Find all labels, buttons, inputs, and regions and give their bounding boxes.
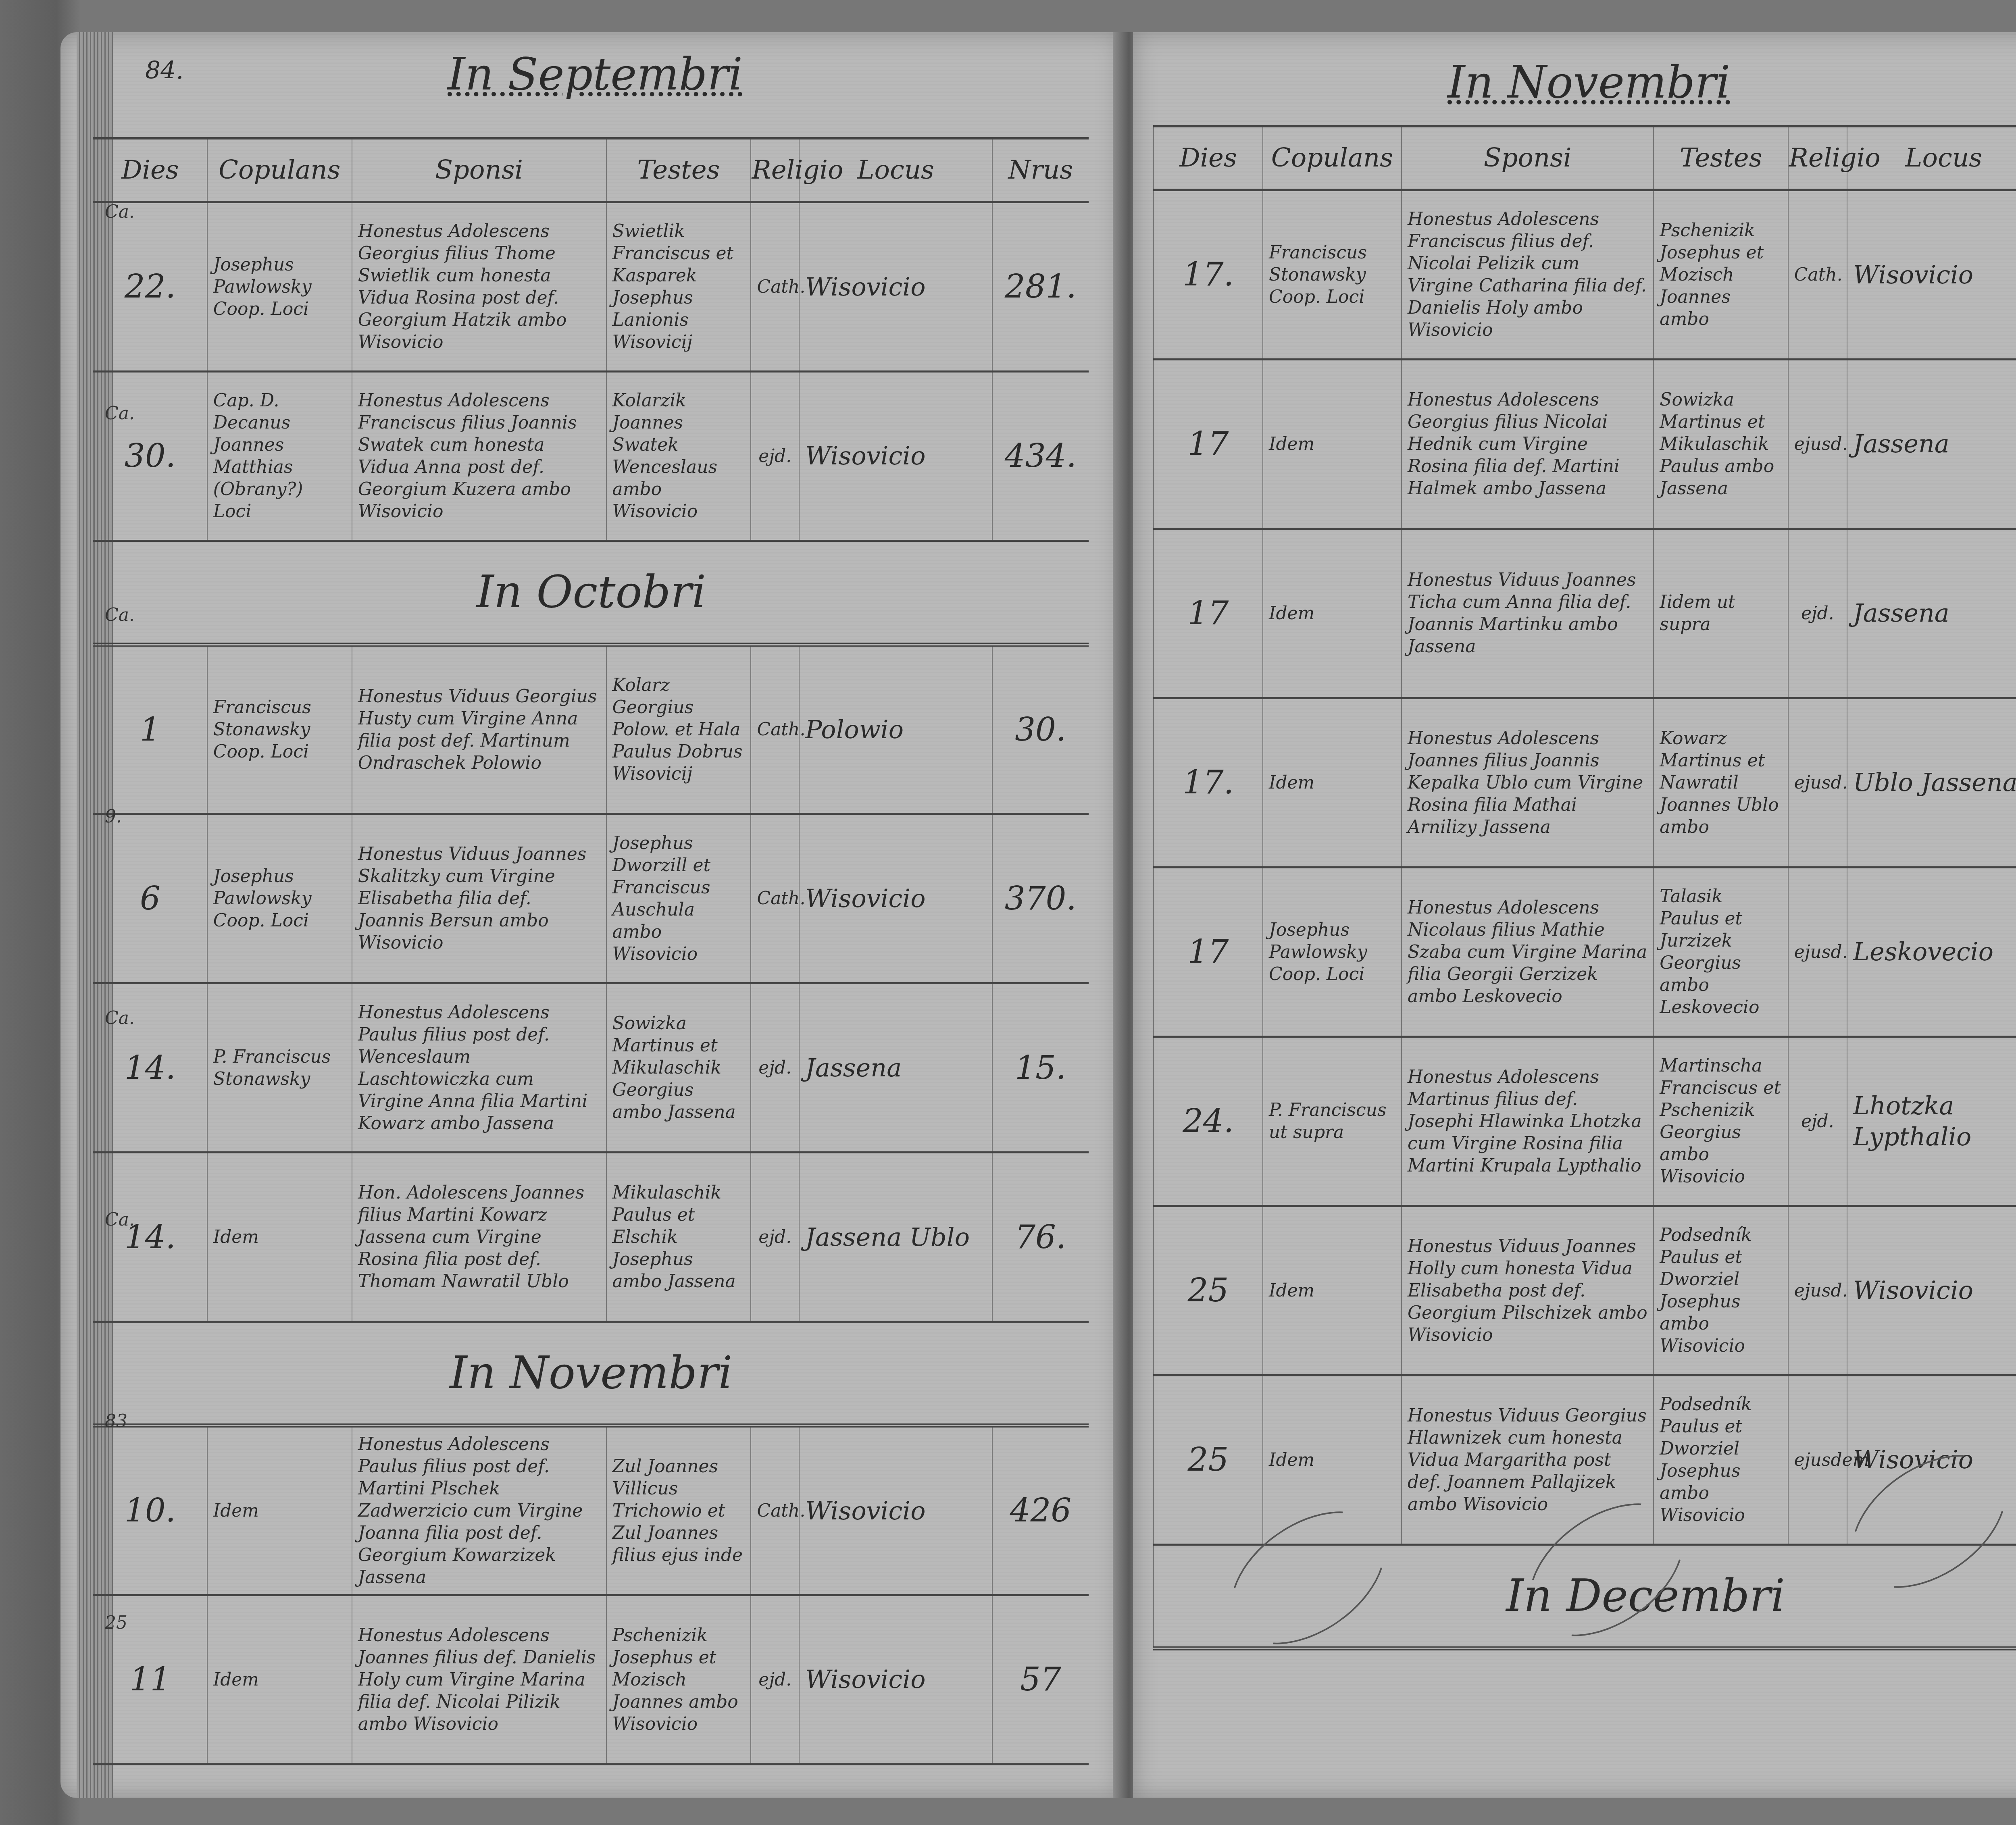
entry-testes: Martinscha Franciscus et Pschenizik Geor… bbox=[1654, 1036, 1788, 1206]
entry-testes: Kowarz Martinus et Nawratil Joannes Ublo… bbox=[1654, 698, 1788, 867]
entry-nrus: 434. bbox=[992, 371, 1089, 541]
column-header-dies: Dies bbox=[93, 138, 207, 202]
entry-locus: Jassena bbox=[799, 983, 992, 1153]
entry-locus: Wisovicio bbox=[799, 371, 992, 541]
column-header-sponsi: Sponsi bbox=[352, 138, 606, 202]
entry-testes: Kolarzik Joannes Swatek Wenceslaus ambo … bbox=[606, 371, 751, 541]
entry-day: 17 bbox=[1154, 529, 1263, 698]
entry-religio: ejusd. bbox=[1788, 359, 1847, 529]
entry-religio: ejd. bbox=[751, 1153, 799, 1322]
entry-testes: Mikulaschik Paulus et Elschik Josephus a… bbox=[606, 1153, 751, 1322]
entry-day: 17 bbox=[1154, 867, 1263, 1036]
entry-day: 17. bbox=[1154, 190, 1263, 359]
entry-sponsi: Honestus Viduus Joannes Skalitzky cum Vi… bbox=[352, 814, 606, 983]
entry-testes: Sowizka Martinus et Mikulaschik Paulus a… bbox=[1654, 359, 1788, 529]
month-heading: In Octobri bbox=[93, 541, 1089, 645]
entry-testes: Podsedník Paulus et Dworziel Josephus am… bbox=[1654, 1206, 1788, 1375]
entry-day: 17 bbox=[1154, 359, 1263, 529]
register-entry-row: 10.IdemHonestus Adolescens Paulus filius… bbox=[93, 1425, 1089, 1595]
entry-sponsi: Honestus Viduus Joannes Holly cum honest… bbox=[1402, 1206, 1654, 1375]
entry-copulans: Idem bbox=[207, 1153, 352, 1322]
entry-copulans: Idem bbox=[207, 1595, 352, 1764]
register-entry-row: 11IdemHonestus Adolescens Joannes filius… bbox=[93, 1595, 1089, 1764]
entry-copulans: Franciscus Stonawsky Coop. Loci bbox=[207, 645, 352, 814]
entry-testes: Zul Joannes Villicus Trichowio et Zul Jo… bbox=[606, 1425, 751, 1595]
entry-locus: Wisovicio bbox=[1847, 1206, 2016, 1375]
entry-locus: Jassena Ublo bbox=[799, 1153, 992, 1322]
entry-day: 1 bbox=[93, 645, 207, 814]
entry-religio: ejd. bbox=[751, 983, 799, 1153]
entry-copulans: Franciscus Stonawsky Coop. Loci bbox=[1263, 190, 1402, 359]
entry-testes: Iidem ut supra bbox=[1654, 529, 1788, 698]
entry-religio: ejusd. bbox=[1788, 698, 1847, 867]
entry-testes: Pschenizik Josephus et Mozisch Joannes a… bbox=[1654, 190, 1788, 359]
entry-nrus: 15. bbox=[992, 983, 1089, 1153]
column-header-religio: Religio bbox=[751, 138, 799, 202]
entry-locus: Polowio bbox=[799, 645, 992, 814]
entry-sponsi: Honestus Adolescens Paulus filius post d… bbox=[352, 983, 606, 1153]
entry-locus: Wisovicio bbox=[799, 1425, 992, 1595]
entry-locus: Lhotzka Lypthalio bbox=[1847, 1036, 2016, 1206]
entry-religio: ejd. bbox=[751, 1595, 799, 1764]
entry-copulans: Idem bbox=[1263, 359, 1402, 529]
entry-sponsi: Honestus Adolescens Joannes filius Joann… bbox=[1402, 698, 1654, 867]
margin-note: 83 bbox=[105, 1411, 127, 1432]
entry-sponsi: Honestus Adolescens Franciscus filius de… bbox=[1402, 190, 1654, 359]
margin-note: Ca. bbox=[105, 202, 135, 222]
entry-religio: ejusd. bbox=[1788, 867, 1847, 1036]
column-header-testes: Testes bbox=[606, 138, 751, 202]
entry-locus: Wisovicio bbox=[799, 1595, 992, 1764]
entry-day: 30. bbox=[93, 371, 207, 541]
register-entry-row: 6Josephus Pawlowsky Coop. LociHonestus V… bbox=[93, 814, 1089, 983]
entry-religio: ejd. bbox=[1788, 529, 1847, 698]
entry-nrus: 57 bbox=[992, 1595, 1089, 1764]
entry-sponsi: Hon. Adolescens Joannes filius Martini K… bbox=[352, 1153, 606, 1322]
entry-copulans: Idem bbox=[1263, 529, 1402, 698]
entry-copulans: Idem bbox=[207, 1425, 352, 1595]
margin-note: Ca. bbox=[105, 1008, 135, 1028]
register-entry-row: 17Josephus Pawlowsky Coop. LociHonestus … bbox=[1154, 867, 2016, 1036]
entry-sponsi: Honestus Adolescens Franciscus filius Jo… bbox=[352, 371, 606, 541]
entry-testes: Swietlik Franciscus et Kasparek Josephus… bbox=[606, 202, 751, 371]
entry-testes: Kolarz Georgius Polow. et Hala Paulus Do… bbox=[606, 645, 751, 814]
column-header-religio: Religio bbox=[1788, 126, 1847, 190]
register-entry-row: 14.IdemHon. Adolescens Joannes filius Ma… bbox=[93, 1153, 1089, 1322]
entry-nrus: 76. bbox=[992, 1153, 1089, 1322]
entry-testes: Josephus Dworzill et Franciscus Auschula… bbox=[606, 814, 751, 983]
entry-copulans: Josephus Pawlowsky Coop. Loci bbox=[1263, 867, 1402, 1036]
entry-day: 6 bbox=[93, 814, 207, 983]
register-entry-row: 17.Franciscus Stonawsky Coop. LociHonest… bbox=[1154, 190, 2016, 359]
entry-religio: Cath. bbox=[751, 645, 799, 814]
entry-copulans: Cap. D. Decanus Joannes Matthias (Obrany… bbox=[207, 371, 352, 541]
entry-locus: Wisovicio bbox=[799, 814, 992, 983]
entry-day: 24. bbox=[1154, 1036, 1263, 1206]
entry-religio: ejd. bbox=[1788, 1036, 1847, 1206]
entry-sponsi: Honestus Adolescens Paulus filius post d… bbox=[352, 1425, 606, 1595]
right-register-table: DiesCopulansSponsiTestesReligioLocusNrus… bbox=[1153, 125, 2016, 1650]
entry-locus: Jassena bbox=[1847, 529, 2016, 698]
month-heading-row: In Novembri bbox=[93, 1322, 1089, 1426]
entry-religio: Cath. bbox=[751, 1425, 799, 1595]
entry-nrus: 370. bbox=[992, 814, 1089, 983]
entry-locus: Ublo Jassena bbox=[1847, 698, 2016, 867]
right-page-heading: In Novembri bbox=[1447, 56, 1730, 108]
column-header-dies: Dies bbox=[1154, 126, 1263, 190]
entry-testes: Sowizka Martinus et Mikulaschik Georgius… bbox=[606, 983, 751, 1153]
entry-day: 22. bbox=[93, 202, 207, 371]
entry-day: 14. bbox=[93, 1153, 207, 1322]
register-entry-row: 17IdemHonestus Viduus Joannes Ticha cum … bbox=[1154, 529, 2016, 698]
left-page-number: 84. bbox=[145, 56, 183, 85]
entry-copulans: Idem bbox=[1263, 698, 1402, 867]
register-entry-row: 17.IdemHonestus Adolescens Joannes filiu… bbox=[1154, 698, 2016, 867]
register-book: 84. In Septembri DiesCopulansSponsiTeste… bbox=[60, 32, 2016, 1798]
margin-note: 25 bbox=[105, 1613, 127, 1633]
entry-locus: Jassena bbox=[1847, 359, 2016, 529]
entry-religio: ejusd. bbox=[1788, 1206, 1847, 1375]
month-heading: In Novembri bbox=[93, 1322, 1089, 1426]
entry-locus: Wisovicio bbox=[799, 202, 992, 371]
register-entry-row: 25IdemHonestus Viduus Joannes Holly cum … bbox=[1154, 1206, 2016, 1375]
entry-nrus: 281. bbox=[992, 202, 1089, 371]
month-heading-row: In Octobri bbox=[93, 541, 1089, 645]
register-entry-row: 24.P. Franciscus ut supraHonestus Adoles… bbox=[1154, 1036, 2016, 1206]
entry-sponsi: Honestus Adolescens Georgius filius Nico… bbox=[1402, 359, 1654, 529]
register-entry-row: 1Franciscus Stonawsky Coop. LociHonestus… bbox=[93, 645, 1089, 814]
entry-sponsi: Honestus Viduus Joannes Ticha cum Anna f… bbox=[1402, 529, 1654, 698]
entry-copulans: P. Franciscus Stonawsky bbox=[207, 983, 352, 1153]
entry-copulans: Josephus Pawlowsky Coop. Loci bbox=[207, 814, 352, 983]
entry-sponsi: Honestus Adolescens Martinus filius def.… bbox=[1402, 1036, 1654, 1206]
entry-testes: Pschenizik Josephus et Mozisch Joannes a… bbox=[606, 1595, 751, 1764]
column-header-sponsi: Sponsi bbox=[1402, 126, 1654, 190]
register-entry-row: 30.Cap. D. Decanus Joannes Matthias (Obr… bbox=[93, 371, 1089, 541]
margin-note: 9. bbox=[105, 806, 122, 827]
column-header-copulans: Copulans bbox=[1263, 126, 1402, 190]
entry-religio: Cath. bbox=[751, 202, 799, 371]
entry-copulans: P. Franciscus ut supra bbox=[1263, 1036, 1402, 1206]
left-page: 84. In Septembri DiesCopulansSponsiTeste… bbox=[60, 32, 1121, 1798]
entry-sponsi: Honestus Adolescens Joannes filius def. … bbox=[352, 1595, 606, 1764]
margin-note: Ca. bbox=[105, 403, 135, 424]
entry-copulans: Josephus Pawlowsky Coop. Loci bbox=[207, 202, 352, 371]
left-register-table: DiesCopulansSponsiTestesReligioLocusNrus… bbox=[93, 137, 1089, 1765]
entry-religio: ejusdem bbox=[1788, 1375, 1847, 1544]
entry-nrus: 426 bbox=[992, 1425, 1089, 1595]
register-entry-row: 17IdemHonestus Adolescens Georgius filiu… bbox=[1154, 359, 2016, 529]
entry-day: 25 bbox=[1154, 1375, 1263, 1544]
entry-nrus: 30. bbox=[992, 645, 1089, 814]
entry-day: 25 bbox=[1154, 1206, 1263, 1375]
margin-note: Ca. bbox=[105, 1209, 135, 1230]
column-header-testes: Testes bbox=[1654, 126, 1788, 190]
column-header-nrus: Nrus bbox=[992, 138, 1089, 202]
margin-note: Ca. bbox=[105, 605, 135, 625]
register-entry-row: 22.Josephus Pawlowsky Coop. LociHonestus… bbox=[93, 202, 1089, 371]
entry-religio: Cath. bbox=[1788, 190, 1847, 359]
column-header-copulans: Copulans bbox=[207, 138, 352, 202]
entry-locus: Wisovicio bbox=[1847, 190, 2016, 359]
entry-sponsi: Honestus Viduus Georgius Husty cum Virgi… bbox=[352, 645, 606, 814]
entry-locus: Leskovecio bbox=[1847, 867, 2016, 1036]
entry-religio: Cath. bbox=[751, 814, 799, 983]
left-page-heading: In Septembri bbox=[448, 48, 743, 100]
entry-copulans: Idem bbox=[1263, 1206, 1402, 1375]
entry-sponsi: Honestus Adolescens Nicolaus filius Math… bbox=[1402, 867, 1654, 1036]
entry-day: 17. bbox=[1154, 698, 1263, 867]
entry-religio: ejd. bbox=[751, 371, 799, 541]
entry-day: 10. bbox=[93, 1425, 207, 1595]
register-entry-row: 14.P. Franciscus StonawskyHonestus Adole… bbox=[93, 983, 1089, 1153]
entry-testes: Talasik Paulus et Jurzizek Georgius ambo… bbox=[1654, 867, 1788, 1036]
entry-sponsi: Honestus Adolescens Georgius filius Thom… bbox=[352, 202, 606, 371]
